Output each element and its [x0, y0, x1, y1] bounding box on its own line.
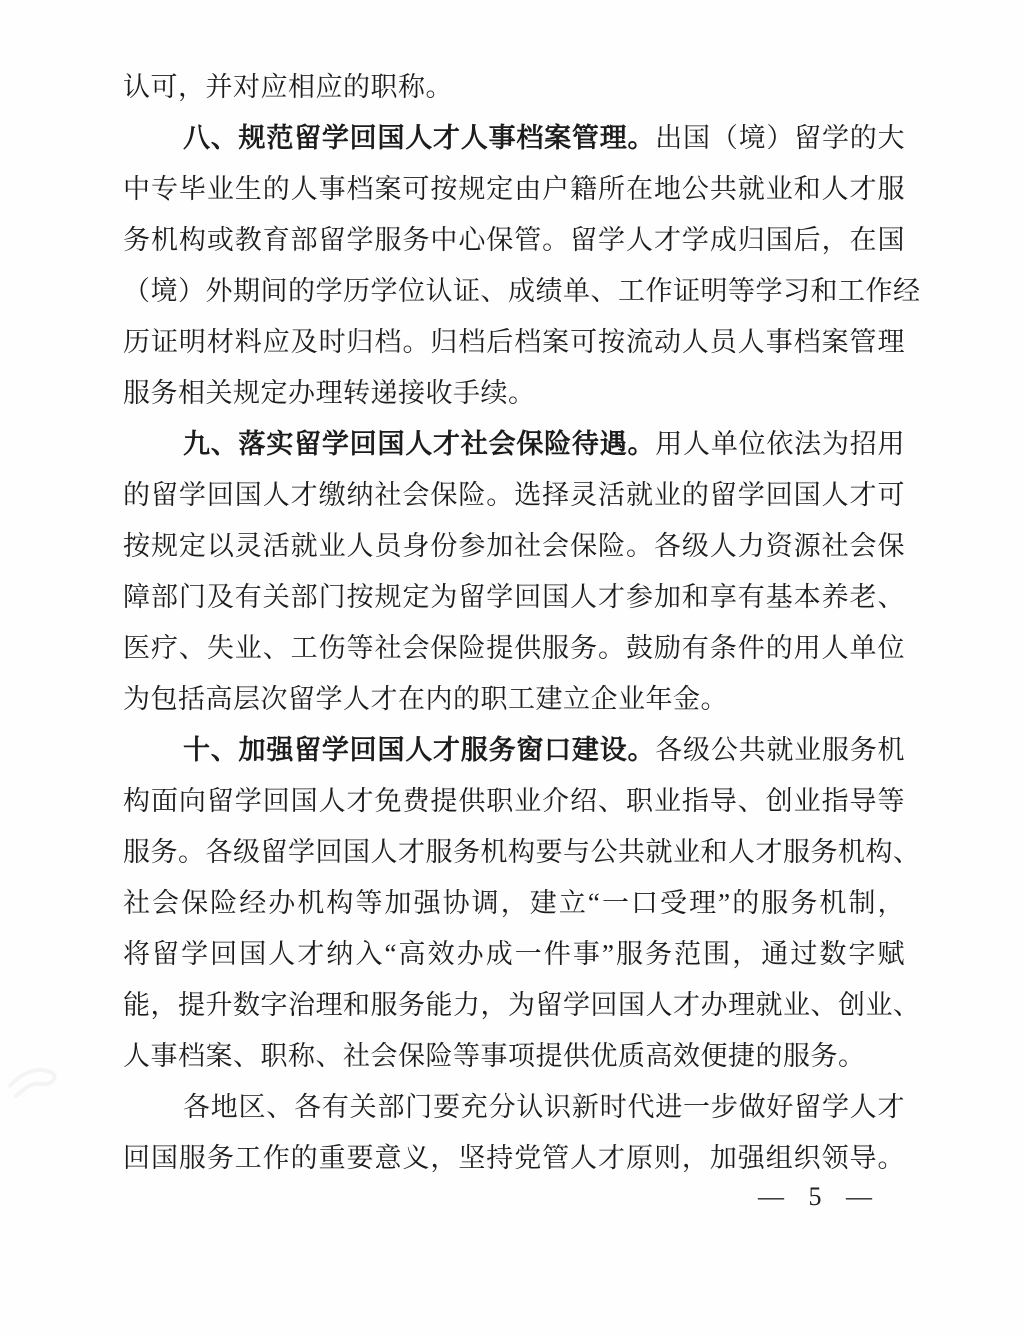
line-text-segment: 各地区、各有关部门要充分认识新时代进一步做好留学人才 — [183, 1092, 905, 1122]
document-line: 十、加强留学回国人才服务窗口建设。各级公共就业服务机 — [123, 725, 905, 776]
document-line: 八、规范留学回国人才人事档案管理。出国（境）留学的大 — [123, 113, 905, 164]
document-line: （境）外期间的学历学位认证、成绩单、工作证明等学习和工作经 — [123, 266, 905, 317]
document-line: 按规定以灵活就业人员身份参加社会保险。各级人力资源社会保 — [123, 521, 905, 572]
document-line: 医疗、失业、工伤等社会保险提供服务。鼓励有条件的用人单位 — [123, 623, 905, 674]
line-text-segment: 回国服务工作的重要意义，坚持党管人才原则，加强组织领导。 — [123, 1143, 905, 1173]
line-text-segment: 能，提升数字治理和服务能力，为留学回国人才办理就业、创业、 — [123, 990, 921, 1020]
document-line: 回国服务工作的重要意义，坚持党管人才原则，加强组织领导。 — [123, 1133, 905, 1184]
line-text-segment: 障部门及有关部门按规定为留学回国人才参加和享有基本养老、 — [123, 582, 905, 612]
line-bold-segment: 九、落实留学回国人才社会保险待遇。 — [183, 429, 655, 459]
document-line: 各地区、各有关部门要充分认识新时代进一步做好留学人才 — [123, 1082, 905, 1133]
document-line: 服务。各级留学回国人才服务机构要与公共就业和人才服务机构、 — [123, 827, 905, 878]
document-line: 九、落实留学回国人才社会保险待遇。用人单位依法为招用 — [123, 419, 905, 470]
document-line: 为包括高层次留学人才在内的职工建立企业年金。 — [123, 674, 905, 725]
scanned-document-page: 认可，并对应相应的职称。八、规范留学回国人才人事档案管理。出国（境）留学的大中专… — [0, 0, 1024, 1336]
line-text-segment: 出国（境）留学的大 — [655, 123, 905, 153]
document-line: 将留学回国人才纳入“高效办成一件事”服务范围，通过数字赋 — [123, 929, 905, 980]
document-line: 认可，并对应相应的职称。 — [123, 62, 905, 113]
document-line: 障部门及有关部门按规定为留学回国人才参加和享有基本养老、 — [123, 572, 905, 623]
page-number: — 5 — — [758, 1182, 873, 1212]
line-bold-segment: 八、规范留学回国人才人事档案管理。 — [183, 123, 655, 153]
document-line: 中专毕业生的人事档案可按规定由户籍所在地公共就业和人才服 — [123, 164, 905, 215]
document-line: 社会保险经办机构等加强协调，建立“一口受理”的服务机制， — [123, 878, 905, 929]
line-text-segment: 为包括高层次留学人才在内的职工建立企业年金。 — [123, 684, 728, 714]
line-text-segment: （境）外期间的学历学位认证、成绩单、工作证明等学习和工作经 — [123, 276, 921, 306]
document-line: 务机构或教育部留学服务中心保管。留学人才学成归国后，在国 — [123, 215, 905, 266]
line-text-segment: 各级公共就业服务机 — [655, 735, 905, 765]
line-text-segment: 中专毕业生的人事档案可按规定由户籍所在地公共就业和人才服 — [123, 174, 905, 204]
line-text-segment: 构面向留学回国人才免费提供职业介绍、职业指导、创业指导等 — [123, 786, 905, 816]
scan-smudge-artifact — [6, 1056, 76, 1100]
document-line: 历证明材料应及时归档。归档后档案可按流动人员人事档案管理 — [123, 317, 905, 368]
line-text-segment: 服务相关规定办理转递接收手续。 — [123, 378, 536, 408]
line-text-segment: 将留学回国人才纳入“高效办成一件事”服务范围，通过数字赋 — [123, 939, 905, 969]
line-text-segment: 用人单位依法为招用 — [655, 429, 905, 459]
line-text-segment: 的留学回国人才缴纳社会保险。选择灵活就业的留学回国人才可 — [123, 480, 905, 510]
line-text-segment: 人事档案、职称、社会保险等事项提供优质高效便捷的服务。 — [123, 1041, 866, 1071]
document-line: 构面向留学回国人才免费提供职业介绍、职业指导、创业指导等 — [123, 776, 905, 827]
line-text-segment: 历证明材料应及时归档。归档后档案可按流动人员人事档案管理 — [123, 327, 905, 357]
line-text-segment: 认可，并对应相应的职称。 — [123, 72, 453, 102]
document-body: 认可，并对应相应的职称。八、规范留学回国人才人事档案管理。出国（境）留学的大中专… — [123, 62, 905, 1184]
line-bold-segment: 十、加强留学回国人才服务窗口建设。 — [183, 735, 655, 765]
document-line: 的留学回国人才缴纳社会保险。选择灵活就业的留学回国人才可 — [123, 470, 905, 521]
document-line: 服务相关规定办理转递接收手续。 — [123, 368, 905, 419]
line-text-segment: 社会保险经办机构等加强协调，建立“一口受理”的服务机制， — [123, 888, 905, 918]
line-text-segment: 按规定以灵活就业人员身份参加社会保险。各级人力资源社会保 — [123, 531, 905, 561]
line-text-segment: 服务。各级留学回国人才服务机构要与公共就业和人才服务机构、 — [123, 837, 921, 867]
document-line: 能，提升数字治理和服务能力，为留学回国人才办理就业、创业、 — [123, 980, 905, 1031]
document-line: 人事档案、职称、社会保险等事项提供优质高效便捷的服务。 — [123, 1031, 905, 1082]
line-text-segment: 医疗、失业、工伤等社会保险提供服务。鼓励有条件的用人单位 — [123, 633, 905, 663]
line-text-segment: 务机构或教育部留学服务中心保管。留学人才学成归国后，在国 — [123, 225, 905, 255]
